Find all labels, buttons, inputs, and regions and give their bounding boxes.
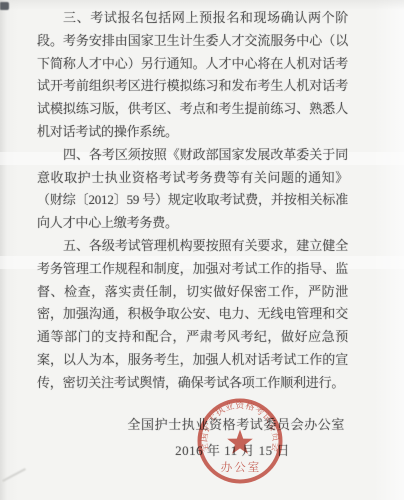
seal-office-label: 办公室 [221,460,262,474]
scanned-document-page: { "colors": { "seal_red": "#c4473a", "in… [0,0,404,500]
official-seal: 全国护士执业资格考试委员会 办公室 [190,390,290,490]
paragraph-item-3: 三、考试报名包括网上预报名和现场确认两个阶段。考务安排由国家卫生计生委人才交流服… [37,7,348,144]
seal-star-icon [227,430,253,454]
document-body: 三、考试报名包括网上预报名和现场确认两个阶段。考务安排由国家卫生计生委人才交流服… [37,7,348,395]
paragraph-item-4: 四、各考区须按照《财政部国家发展改革委关于同意收取护士执业资格考试考务费等有关问… [37,144,348,235]
paragraph-item-5: 五、各级考试管理机构要按照有关要求，建立健全考务管理工作规程和制度，加强对考试工… [37,235,348,395]
scan-artifact-top-left [0,2,9,10]
scan-artifact-bottom-left [2,468,26,482]
